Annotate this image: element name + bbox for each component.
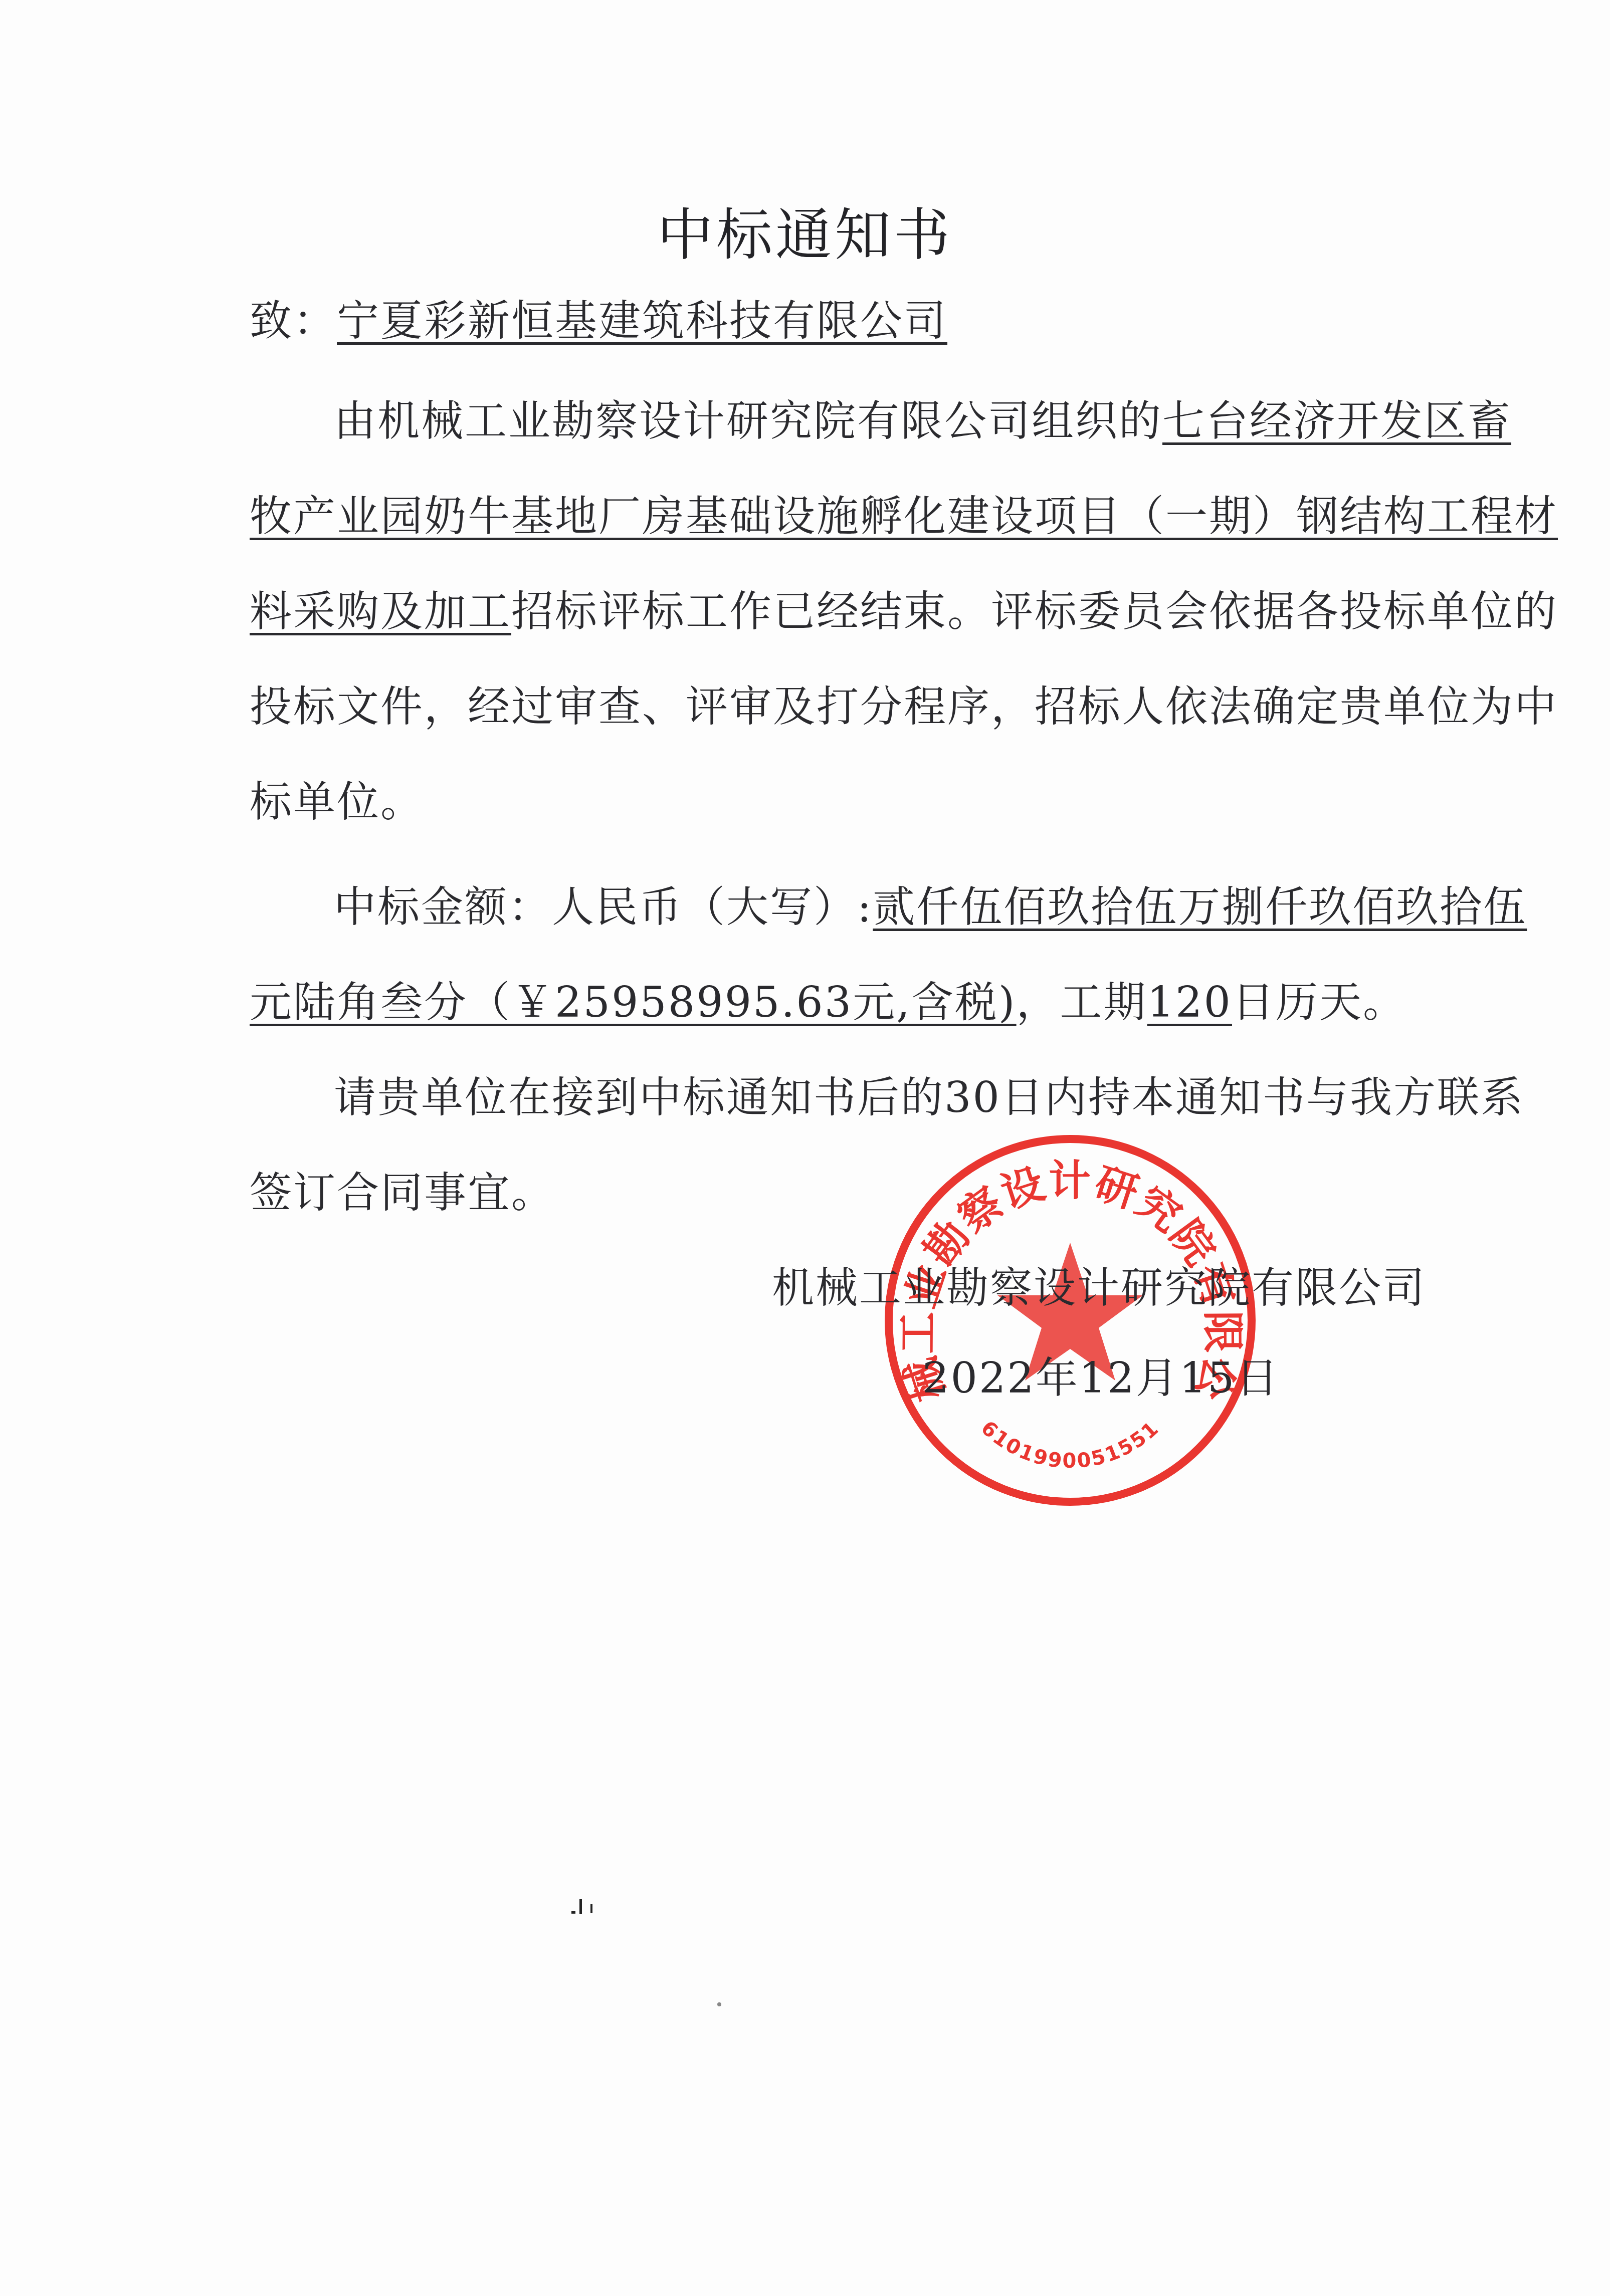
scan-speck-icon bbox=[566, 1899, 596, 1919]
project-name-part1: 七台经济开发区畜 bbox=[1162, 396, 1511, 445]
paragraph3-text: 签订合同事宜。 bbox=[250, 1168, 555, 1217]
project-name-part2: 牧产业园奶牛基地厂房基础设施孵化建设项目（一期）钢结构工程材 bbox=[250, 492, 1558, 541]
paragraph3-line1: 请贵单位在接到中标通知书后的30日内持本通知书与我方联系 bbox=[250, 1070, 1452, 1125]
amount-in-words: 贰仟伍佰玖拾伍万捌仟玖佰玖拾伍 bbox=[873, 882, 1527, 932]
amount-line2: 元陆角叁分（￥25958995.63元,含税)，工期120日历天。 bbox=[250, 975, 1367, 1030]
issuer-name: 机械工业勘察设计研究院有限公司 bbox=[772, 1260, 1426, 1315]
project-name-part3: 料采购及加工 bbox=[250, 587, 511, 636]
recipient-prefix: 致： bbox=[250, 296, 337, 345]
paragraph1-line5: 标单位。 bbox=[250, 774, 1367, 829]
paragraph3-text: 请贵单位在接到中标通知书后的30日内持本通知书与我方联系 bbox=[334, 1073, 1524, 1122]
recipient-company: 宁夏彩新恒基建筑科技有限公司 bbox=[337, 296, 947, 345]
paragraph1-line2: 牧产业园奶牛基地厂房基础设施孵化建设项目（一期）钢结构工程材 bbox=[250, 489, 1367, 544]
scan-speck-icon bbox=[714, 1999, 724, 2009]
paragraph1-text: 投标文件，经过审查、评审及打分程序，招标人依法确定贵单位为中 bbox=[250, 682, 1558, 731]
recipient-line: 致：宁夏彩新恒基建筑科技有限公司 bbox=[250, 293, 1367, 348]
amount-line1: 中标金额：人民币（大写）:贰仟伍佰玖拾伍万捌仟玖佰玖拾伍 bbox=[250, 879, 1452, 935]
official-seal-icon: 机械工业勘察设计研究院有限公司 6101990051551 bbox=[880, 1130, 1261, 1511]
paragraph1-text: 标单位。 bbox=[250, 777, 424, 826]
seal-code: 6101990051551 bbox=[976, 1417, 1164, 1473]
svg-text:6101990051551: 6101990051551 bbox=[976, 1417, 1164, 1473]
paragraph1-line4: 投标文件，经过审查、评审及打分程序，招标人依法确定贵单位为中 bbox=[250, 679, 1367, 734]
paragraph1-line3: 料采购及加工招标评标工作已经结束。评标委员会依据各投标单位的 bbox=[250, 584, 1367, 639]
document-page: 中标通知书 致：宁夏彩新恒基建筑科技有限公司 由机械工业勘察设计研究院有限公司组… bbox=[0, 0, 1610, 2296]
paragraph1-line1: 由机械工业勘察设计研究院有限公司组织的七台经济开发区畜 bbox=[250, 393, 1452, 448]
duration-unit: 日历天。 bbox=[1232, 978, 1406, 1027]
amount-in-figures: 元陆角叁分（￥25958995.63元,含税) bbox=[250, 978, 1017, 1027]
paragraph1-text: 由机械工业勘察设计研究院有限公司组织的 bbox=[334, 396, 1162, 445]
paragraph1-text: 招标评标工作已经结束。评标委员会依据各投标单位的 bbox=[511, 587, 1558, 636]
document-title: 中标通知书 bbox=[0, 200, 1610, 271]
duration-label: ，工期 bbox=[1017, 978, 1147, 1027]
duration-days: 120 bbox=[1147, 978, 1232, 1027]
issue-date: 2022年12月15日 bbox=[922, 1350, 1280, 1406]
amount-label: 中标金额：人民币（大写）: bbox=[334, 882, 873, 932]
